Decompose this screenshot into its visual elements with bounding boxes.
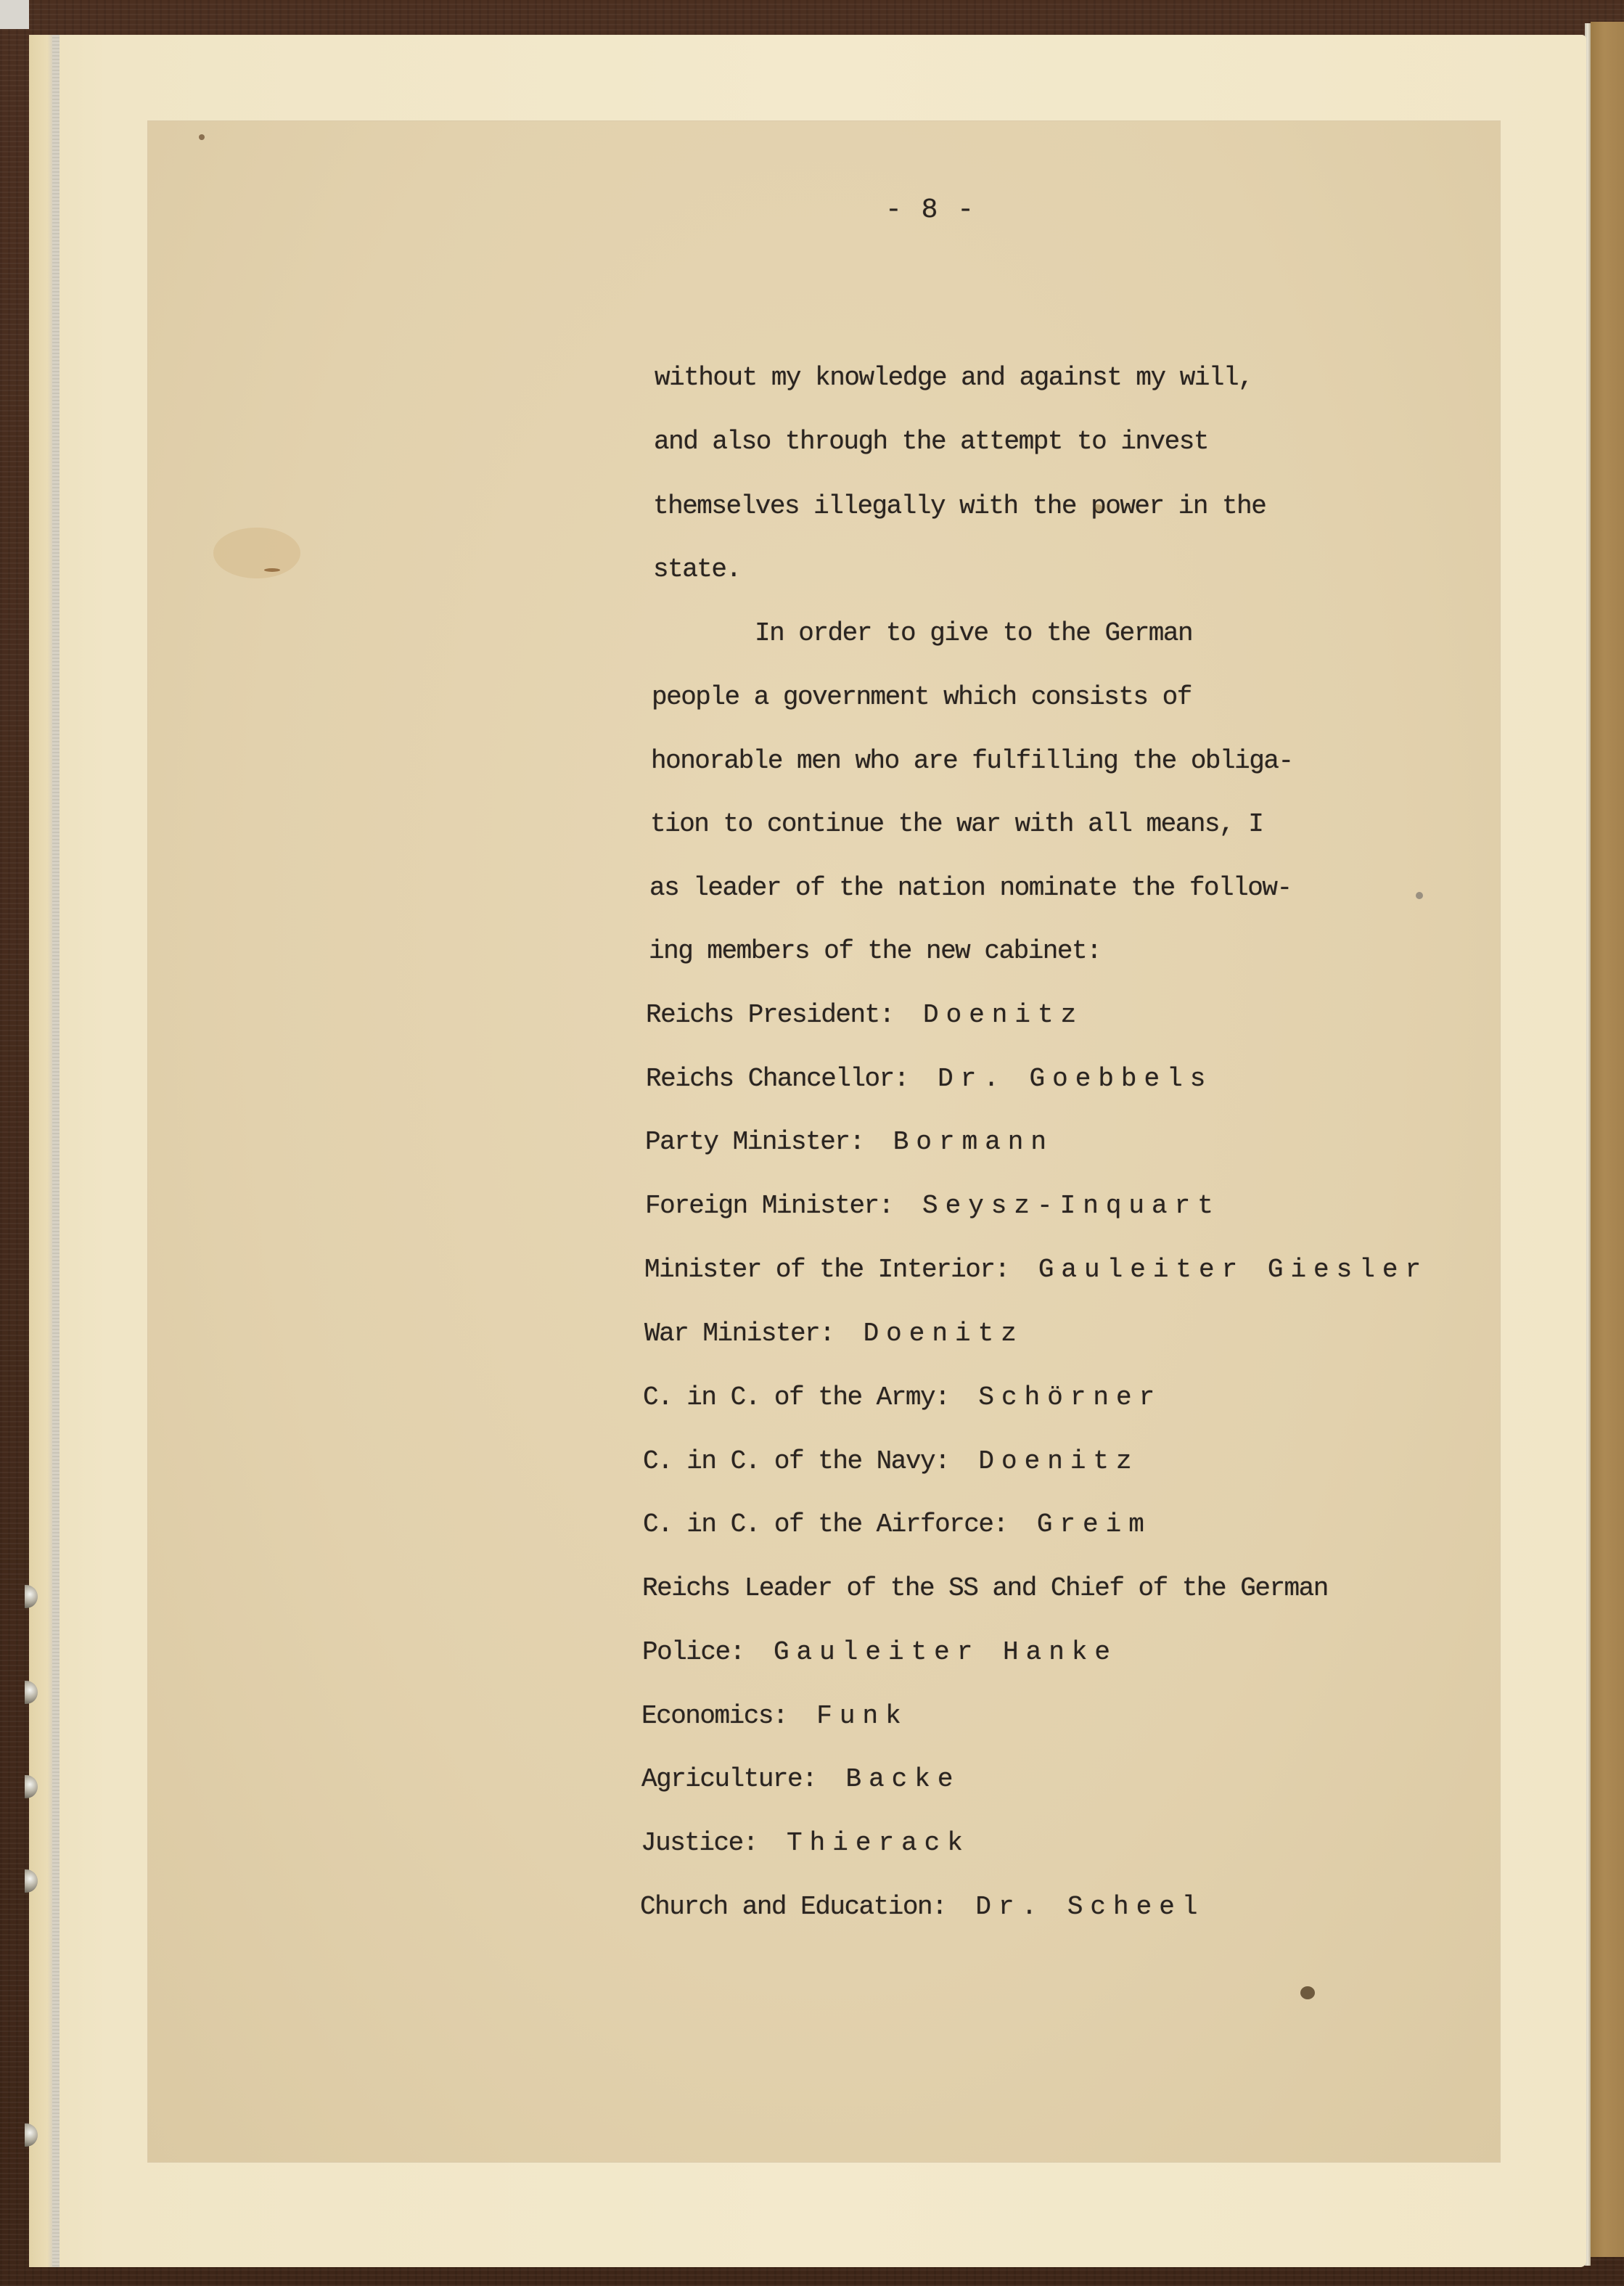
cabinet-office: War Minister: bbox=[644, 1319, 834, 1348]
cabinet-member-name: Doenitz bbox=[864, 1319, 1024, 1348]
cabinet-entry: Justice: Thierack bbox=[641, 1830, 970, 1856]
cabinet-office: Church and Education: bbox=[640, 1892, 946, 1922]
cabinet-member-name: Dr. Scheel bbox=[975, 1892, 1205, 1922]
body-text-line: themselves illegally with the power in t… bbox=[653, 493, 1266, 520]
cabinet-entry: C. in C. of the Navy: Doenitz bbox=[643, 1449, 1139, 1475]
body-text-line: In order to give to the German bbox=[755, 620, 1192, 647]
body-text-line: honorable men who are fulfilling the obl… bbox=[651, 748, 1293, 774]
cabinet-office: C. in C. of the Navy: bbox=[643, 1446, 949, 1476]
stain-mark bbox=[213, 528, 300, 578]
cabinet-member-name: Thierack bbox=[787, 1828, 970, 1858]
body-text-line: and also through the attempt to invest bbox=[654, 429, 1208, 455]
stain-mark bbox=[264, 568, 280, 572]
typed-document-page: - 8 - without my knowledge and against m… bbox=[148, 121, 1500, 2162]
cabinet-member-name: Funk bbox=[816, 1701, 908, 1731]
body-text-line: as leader of the nation nominate the fol… bbox=[649, 875, 1292, 901]
page-number: - 8 - bbox=[885, 197, 975, 224]
cabinet-entry: Police: Gauleiter Hanke bbox=[642, 1639, 1117, 1666]
cabinet-entry: Reichs Chancellor: Dr. Goebbels bbox=[646, 1066, 1213, 1092]
cabinet-member-name: Seysz-Inquart bbox=[922, 1191, 1221, 1221]
adjacent-page-edge bbox=[1591, 22, 1624, 2257]
stain-mark bbox=[1416, 892, 1423, 899]
cabinet-entry: Foreign Minister: Seysz-Inquart bbox=[645, 1193, 1221, 1219]
cabinet-entry: Minister of the Interior: Gauleiter Gies… bbox=[644, 1257, 1428, 1283]
cabinet-member-name: Doenitz bbox=[923, 1000, 1083, 1030]
background-gap bbox=[0, 0, 29, 29]
stain-mark bbox=[1300, 1986, 1315, 1999]
cabinet-office: Agriculture: bbox=[641, 1764, 816, 1794]
cabinet-office: Economics: bbox=[641, 1701, 787, 1731]
cabinet-office: C. in C. of the Airforce: bbox=[643, 1509, 1008, 1539]
body-text-line: ing members of the new cabinet: bbox=[649, 938, 1101, 964]
cabinet-entry: Church and Education: Dr. Scheel bbox=[640, 1894, 1205, 1920]
cabinet-office: Party Minister: bbox=[645, 1127, 864, 1157]
body-text-line: people a government which consists of bbox=[652, 684, 1192, 710]
cabinet-member-name: Dr. Goebbels bbox=[938, 1064, 1213, 1094]
cabinet-member-name: Greim bbox=[1037, 1509, 1152, 1539]
cabinet-entry: Reichs President: Doenitz bbox=[646, 1002, 1083, 1028]
body-text-line: without my knowledge and against my will… bbox=[655, 365, 1252, 391]
cabinet-office: Justice: bbox=[641, 1828, 758, 1858]
cabinet-office: Foreign Minister: bbox=[645, 1191, 893, 1221]
cabinet-office: Reichs Leader of the SS and Chief of the… bbox=[642, 1573, 1328, 1603]
cabinet-office: Reichs Chancellor: bbox=[646, 1064, 909, 1094]
stain-mark bbox=[199, 134, 205, 140]
cabinet-member-name: Backe bbox=[845, 1764, 960, 1794]
cabinet-entry: Agriculture: Backe bbox=[641, 1766, 961, 1793]
cabinet-office: Minister of the Interior: bbox=[644, 1255, 1009, 1285]
cabinet-member-name: Gauleiter Giesler bbox=[1038, 1255, 1428, 1285]
binder-spine-line bbox=[52, 35, 60, 2267]
cabinet-member-name: Bormann bbox=[893, 1127, 1054, 1157]
cabinet-member-name: Gauleiter Hanke bbox=[774, 1637, 1117, 1667]
cabinet-office: C. in C. of the Army: bbox=[643, 1382, 949, 1412]
cabinet-entry: Party Minister: Bormann bbox=[645, 1129, 1054, 1155]
cabinet-office: Police: bbox=[642, 1637, 745, 1667]
cabinet-entry: Economics: Funk bbox=[641, 1703, 909, 1729]
cabinet-entry: C. in C. of the Airforce: Greim bbox=[643, 1512, 1152, 1538]
cabinet-member-name: Schörner bbox=[978, 1382, 1162, 1412]
body-text-line: state. bbox=[653, 557, 741, 583]
cabinet-entry: Reichs Leader of the SS and Chief of the… bbox=[642, 1576, 1328, 1602]
cabinet-entry: C. in C. of the Army: Schörner bbox=[643, 1385, 1162, 1411]
body-text-line: tion to continue the war with all means,… bbox=[650, 811, 1263, 837]
cabinet-member-name: Doenitz bbox=[978, 1446, 1139, 1476]
cabinet-office: Reichs President: bbox=[646, 1000, 894, 1030]
cabinet-entry: War Minister: Doenitz bbox=[644, 1321, 1024, 1347]
